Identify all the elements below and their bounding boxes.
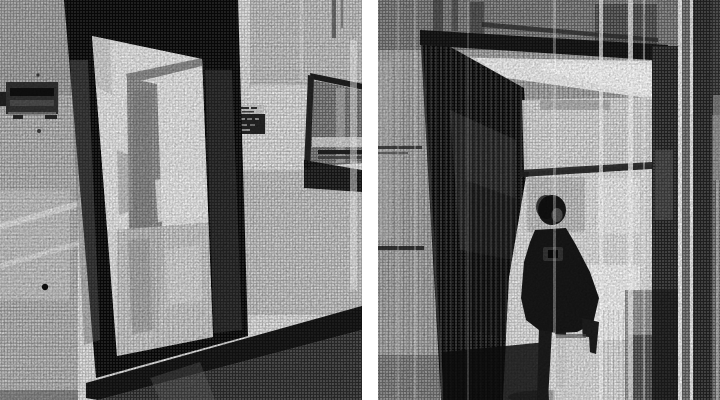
diptych-svg (0, 0, 720, 400)
panel-divider-gap (362, 0, 378, 400)
grain-overlay-right (378, 0, 720, 400)
halftone-diptych-photo (0, 0, 720, 400)
grain-overlay-left (0, 0, 362, 400)
